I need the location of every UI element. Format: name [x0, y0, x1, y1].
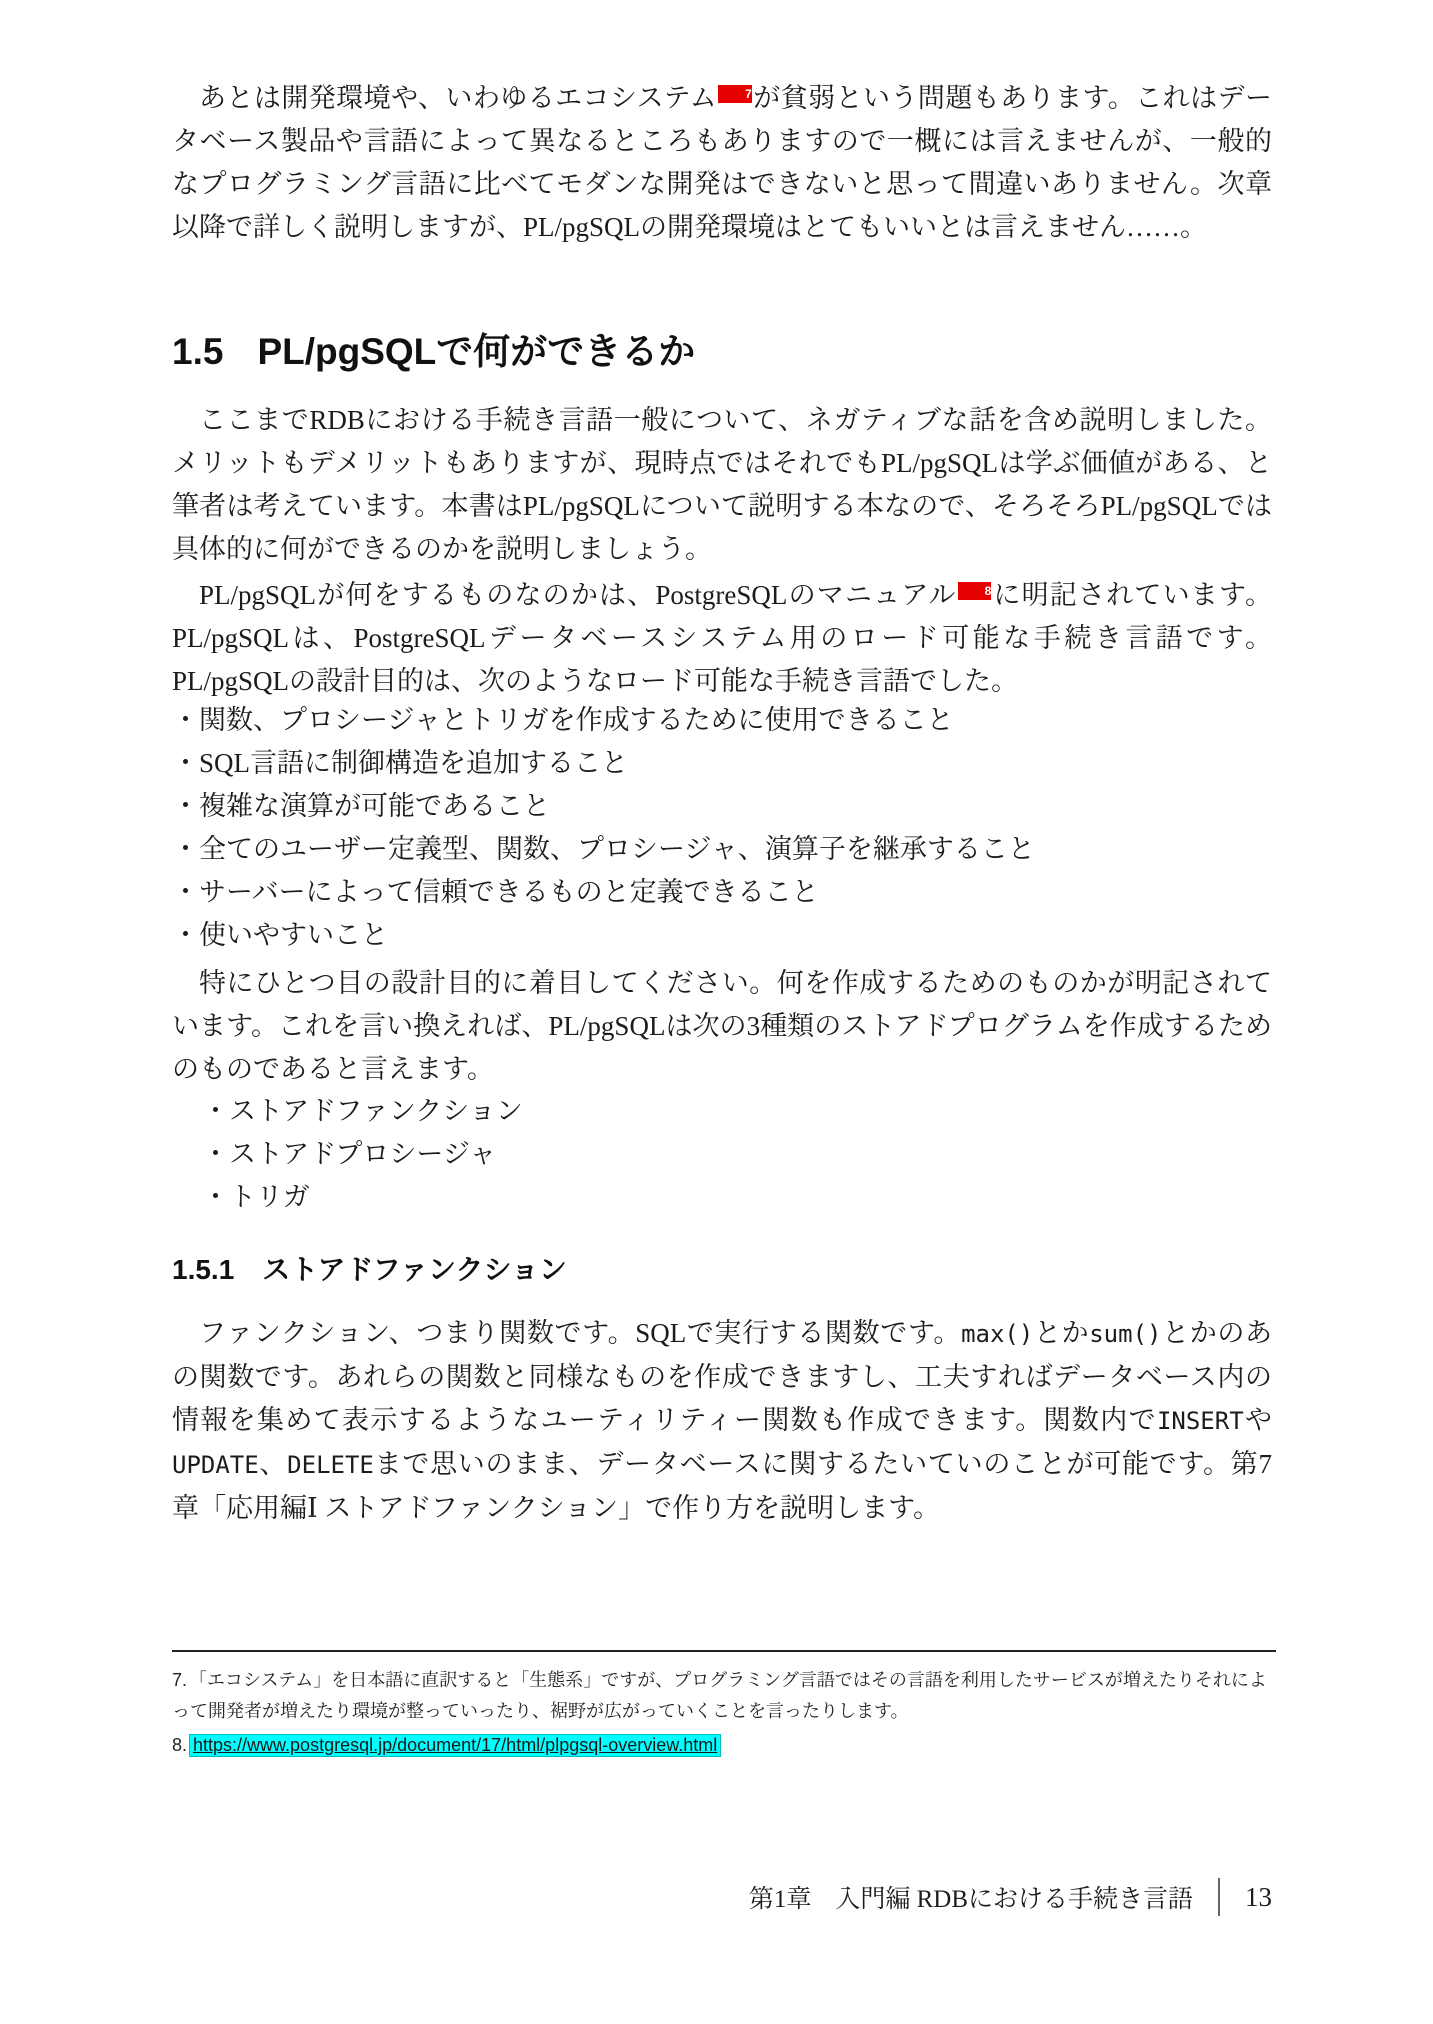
- list-item: ・ストアドファンクション: [202, 1090, 1302, 1133]
- footnote-ref-marker[interactable]: 7: [718, 85, 752, 103]
- inline-code: UPDATE: [172, 1451, 259, 1479]
- subsection-number: 1.5.1: [172, 1254, 234, 1285]
- paragraph-manual-reference: PL/pgSQLが何をするものなのかは、PostgreSQLのマニュアル8に明記…: [172, 574, 1272, 703]
- list-item: ・トリガ: [202, 1176, 1302, 1219]
- footnote-ref-marker[interactable]: 8: [958, 582, 992, 600]
- page-number: 13: [1245, 1882, 1272, 1913]
- book-page: { "page": { "bg": "#ffffff", "text_color…: [0, 0, 1433, 2024]
- inline-code: max(): [961, 1320, 1033, 1348]
- footnote-url-link[interactable]: https://www.postgresql.jp/document/17/ht…: [189, 1734, 721, 1757]
- footer-chapter-label: 第1章: [749, 1879, 812, 1915]
- text-run: とか: [1033, 1318, 1089, 1348]
- section-heading-1-5-1: 1.5.1ストアドファンクション: [172, 1252, 1272, 1288]
- inline-code: DELETE: [287, 1451, 374, 1479]
- stored-program-types-list: ・ストアドファンクション・ストアドプロシージャ・トリガ: [172, 1090, 1302, 1219]
- footnote-number: 7.: [172, 1670, 187, 1690]
- text-run: ファンクション、つまり関数です。SQLで実行する関数です。: [199, 1318, 961, 1348]
- section-number: 1.5: [172, 331, 223, 372]
- footnote-8: 8.https://www.postgresql.jp/document/17/…: [172, 1730, 1276, 1761]
- paragraph-stored-function: ファンクション、つまり関数です。SQLで実行する関数です。max()とかsum(…: [172, 1312, 1272, 1530]
- inline-code: sum(): [1089, 1320, 1161, 1348]
- text-run: あとは開発環境や、いわゆるエコシステム: [199, 83, 717, 113]
- list-item: ・サーバーによって信頼できるものと定義できること: [172, 871, 1272, 914]
- section-heading-1-5: 1.5PL/pgSQLで何ができるか: [172, 330, 1272, 374]
- paragraph-rdb-summary: ここまでRDBにおける手続き言語一般について、ネガティブな話を含め説明しました。…: [172, 399, 1272, 571]
- text-run: 特にひとつ目の設計目的に着目してください。何を作成するためのものかが明記されてい…: [172, 968, 1272, 1084]
- footer-divider: [1218, 1878, 1220, 1916]
- list-item: ・使いやすいこと: [172, 914, 1272, 957]
- list-item: ・SQL言語に制御構造を追加すること: [172, 742, 1272, 785]
- list-item: ・全てのユーザー定義型、関数、プロシージャ、演算子を継承すること: [172, 828, 1272, 871]
- section-title: PL/pgSQLで何ができるか: [257, 331, 695, 372]
- list-item: ・関数、プロシージャとトリガを作成するために使用できること: [172, 699, 1272, 742]
- design-goals-list: ・関数、プロシージャとトリガを作成するために使用できること・SQL言語に制御構造…: [172, 699, 1272, 957]
- footnotes-block: 7.「エコシステム」を日本語に直訳すると「生態系」ですが、プログラミング言語では…: [172, 1650, 1276, 1761]
- text-run: 、: [259, 1449, 287, 1479]
- footnote-text: 「エコシステム」を日本語に直訳すると「生態系」ですが、プログラミング言語ではその…: [172, 1670, 1267, 1721]
- text-run: ここまでRDBにおける手続き言語一般について、ネガティブな話を含め説明しました。…: [172, 405, 1272, 564]
- list-item: ・ストアドプロシージャ: [202, 1133, 1302, 1176]
- paragraph-ecosystem: あとは開発環境や、いわゆるエコシステム7が貧弱という問題もあります。これはデータ…: [172, 77, 1272, 249]
- paragraph-design-goal-focus: 特にひとつ目の設計目的に着目してください。何を作成するためのものかが明記されてい…: [172, 962, 1272, 1091]
- footnote-7: 7.「エコシステム」を日本語に直訳すると「生態系」ですが、プログラミング言語では…: [172, 1665, 1276, 1727]
- footer-chapter-title: 入門編 RDBにおける手続き言語: [835, 1879, 1193, 1915]
- list-item: ・複雑な演算が可能であること: [172, 785, 1272, 828]
- inline-code: INSERT: [1157, 1407, 1244, 1435]
- subsection-title: ストアドファンクション: [262, 1254, 567, 1285]
- page-footer: 第1章 入門編 RDBにおける手続き言語 13: [172, 1878, 1272, 1916]
- text-run: PL/pgSQLが何をするものなのかは、PostgreSQLのマニュアル: [199, 580, 957, 610]
- text-run: や: [1244, 1405, 1272, 1435]
- footnote-number: 8.: [172, 1735, 187, 1755]
